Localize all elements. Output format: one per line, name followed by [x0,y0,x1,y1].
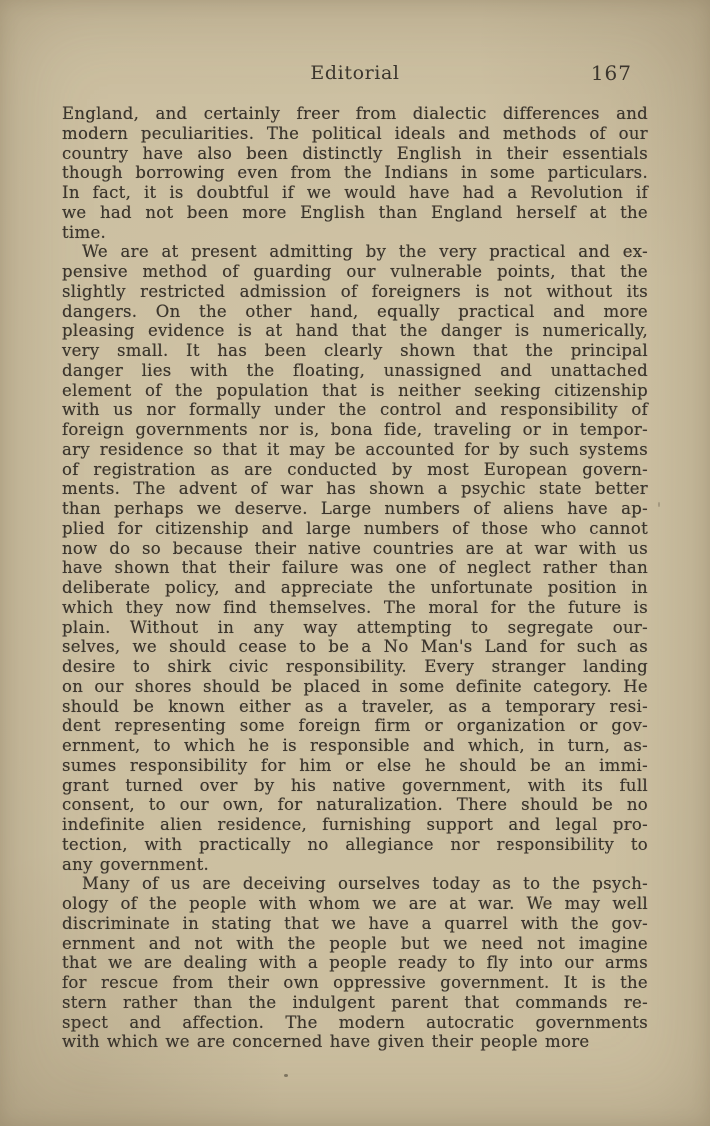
running-head-title: Editorial [310,62,399,84]
paragraph: We are at present admitting by the very … [62,242,648,874]
text-line: on our shores should be placed in some d… [62,677,648,697]
text-line: pleasing evidence is at hand that the da… [62,321,648,341]
text-line: than perhaps we deserve. Large numbers o… [62,499,648,519]
text-line: with us nor formally under the control a… [62,400,648,420]
text-line: plied for citizenship and large numbers … [62,519,648,539]
text-line: for rescue from their own oppressive gov… [62,973,648,993]
text-line: have shown that their failure was one of… [62,558,648,578]
text-line: desire to shirk civic responsibility. Ev… [62,657,648,677]
text-line: ernment and not with the people but we n… [62,934,648,954]
text-line: In fact, it is doubtful if we would have… [62,183,648,203]
text-line: ary residence so that it may be accounte… [62,440,648,460]
text-line: spect and affection. The modern autocrat… [62,1013,648,1033]
text-line: deliberate policy, and appreciate the un… [62,578,648,598]
ink-speck [284,1074,288,1077]
text-line: slightly restricted admission of foreign… [62,282,648,302]
text-line: of registration as are conducted by most… [62,460,648,480]
text-line: sumes responsibility for him or else he … [62,756,648,776]
text-line: foreign governments nor is, bona fide, t… [62,420,648,440]
text-line: which they now find themselves. The mora… [62,598,648,618]
text-line: now do so because their native countries… [62,539,648,559]
text-line: time. [62,223,648,243]
ink-speck [658,502,660,507]
text-line: dent representing some foreign firm or o… [62,716,648,736]
page-body: England, and certainly freer from dialec… [62,104,648,1052]
text-line: tection, with practically no allegiance … [62,835,648,855]
text-line: with which we are concerned have given t… [62,1032,648,1052]
text-line: Many of us are deceiving ourselves today… [62,874,648,894]
text-line: ology of the people with whom we are at … [62,894,648,914]
text-line: plain. Without in any way attempting to … [62,618,648,638]
text-line: very small. It has been clearly shown th… [62,341,648,361]
page-header: Editorial 167 [62,62,648,88]
text-line: dangers. On the other hand, equally prac… [62,302,648,322]
text-line: country have also been distinctly Englis… [62,144,648,164]
paragraph: Many of us are deceiving ourselves today… [62,874,648,1052]
text-line: element of the population that is neithe… [62,381,648,401]
text-line: we had not been more English than Englan… [62,203,648,223]
text-line: discriminate in stating that we have a q… [62,914,648,934]
text-line: grant turned over by his native governme… [62,776,648,796]
page-number: 167 [591,61,632,85]
text-line: pensive method of guarding our vulnerabl… [62,262,648,282]
text-line: ments. The advent of war has shown a psy… [62,479,648,499]
text-line: selves, we should cease to be a No Man's… [62,637,648,657]
text-line: indefinite alien residence, furnishing s… [62,815,648,835]
text-line: England, and certainly freer from dialec… [62,104,648,124]
text-line: though borrowing even from the Indians i… [62,163,648,183]
text-line: We are at present admitting by the very … [62,242,648,262]
text-line: ernment, to which he is responsible and … [62,736,648,756]
book-page: Editorial 167 England, and certainly fre… [0,0,710,1126]
paragraph: England, and certainly freer from dialec… [62,104,648,242]
text-line: stern rather than the indulgent parent t… [62,993,648,1013]
text-line: any government. [62,855,648,875]
text-line: modern peculiarities. The political idea… [62,124,648,144]
text-line: should be known either as a traveler, as… [62,697,648,717]
text-line: danger lies with the floating, unassigne… [62,361,648,381]
text-line: consent, to our own, for naturalization.… [62,795,648,815]
text-line: that we are dealing with a people ready … [62,953,648,973]
